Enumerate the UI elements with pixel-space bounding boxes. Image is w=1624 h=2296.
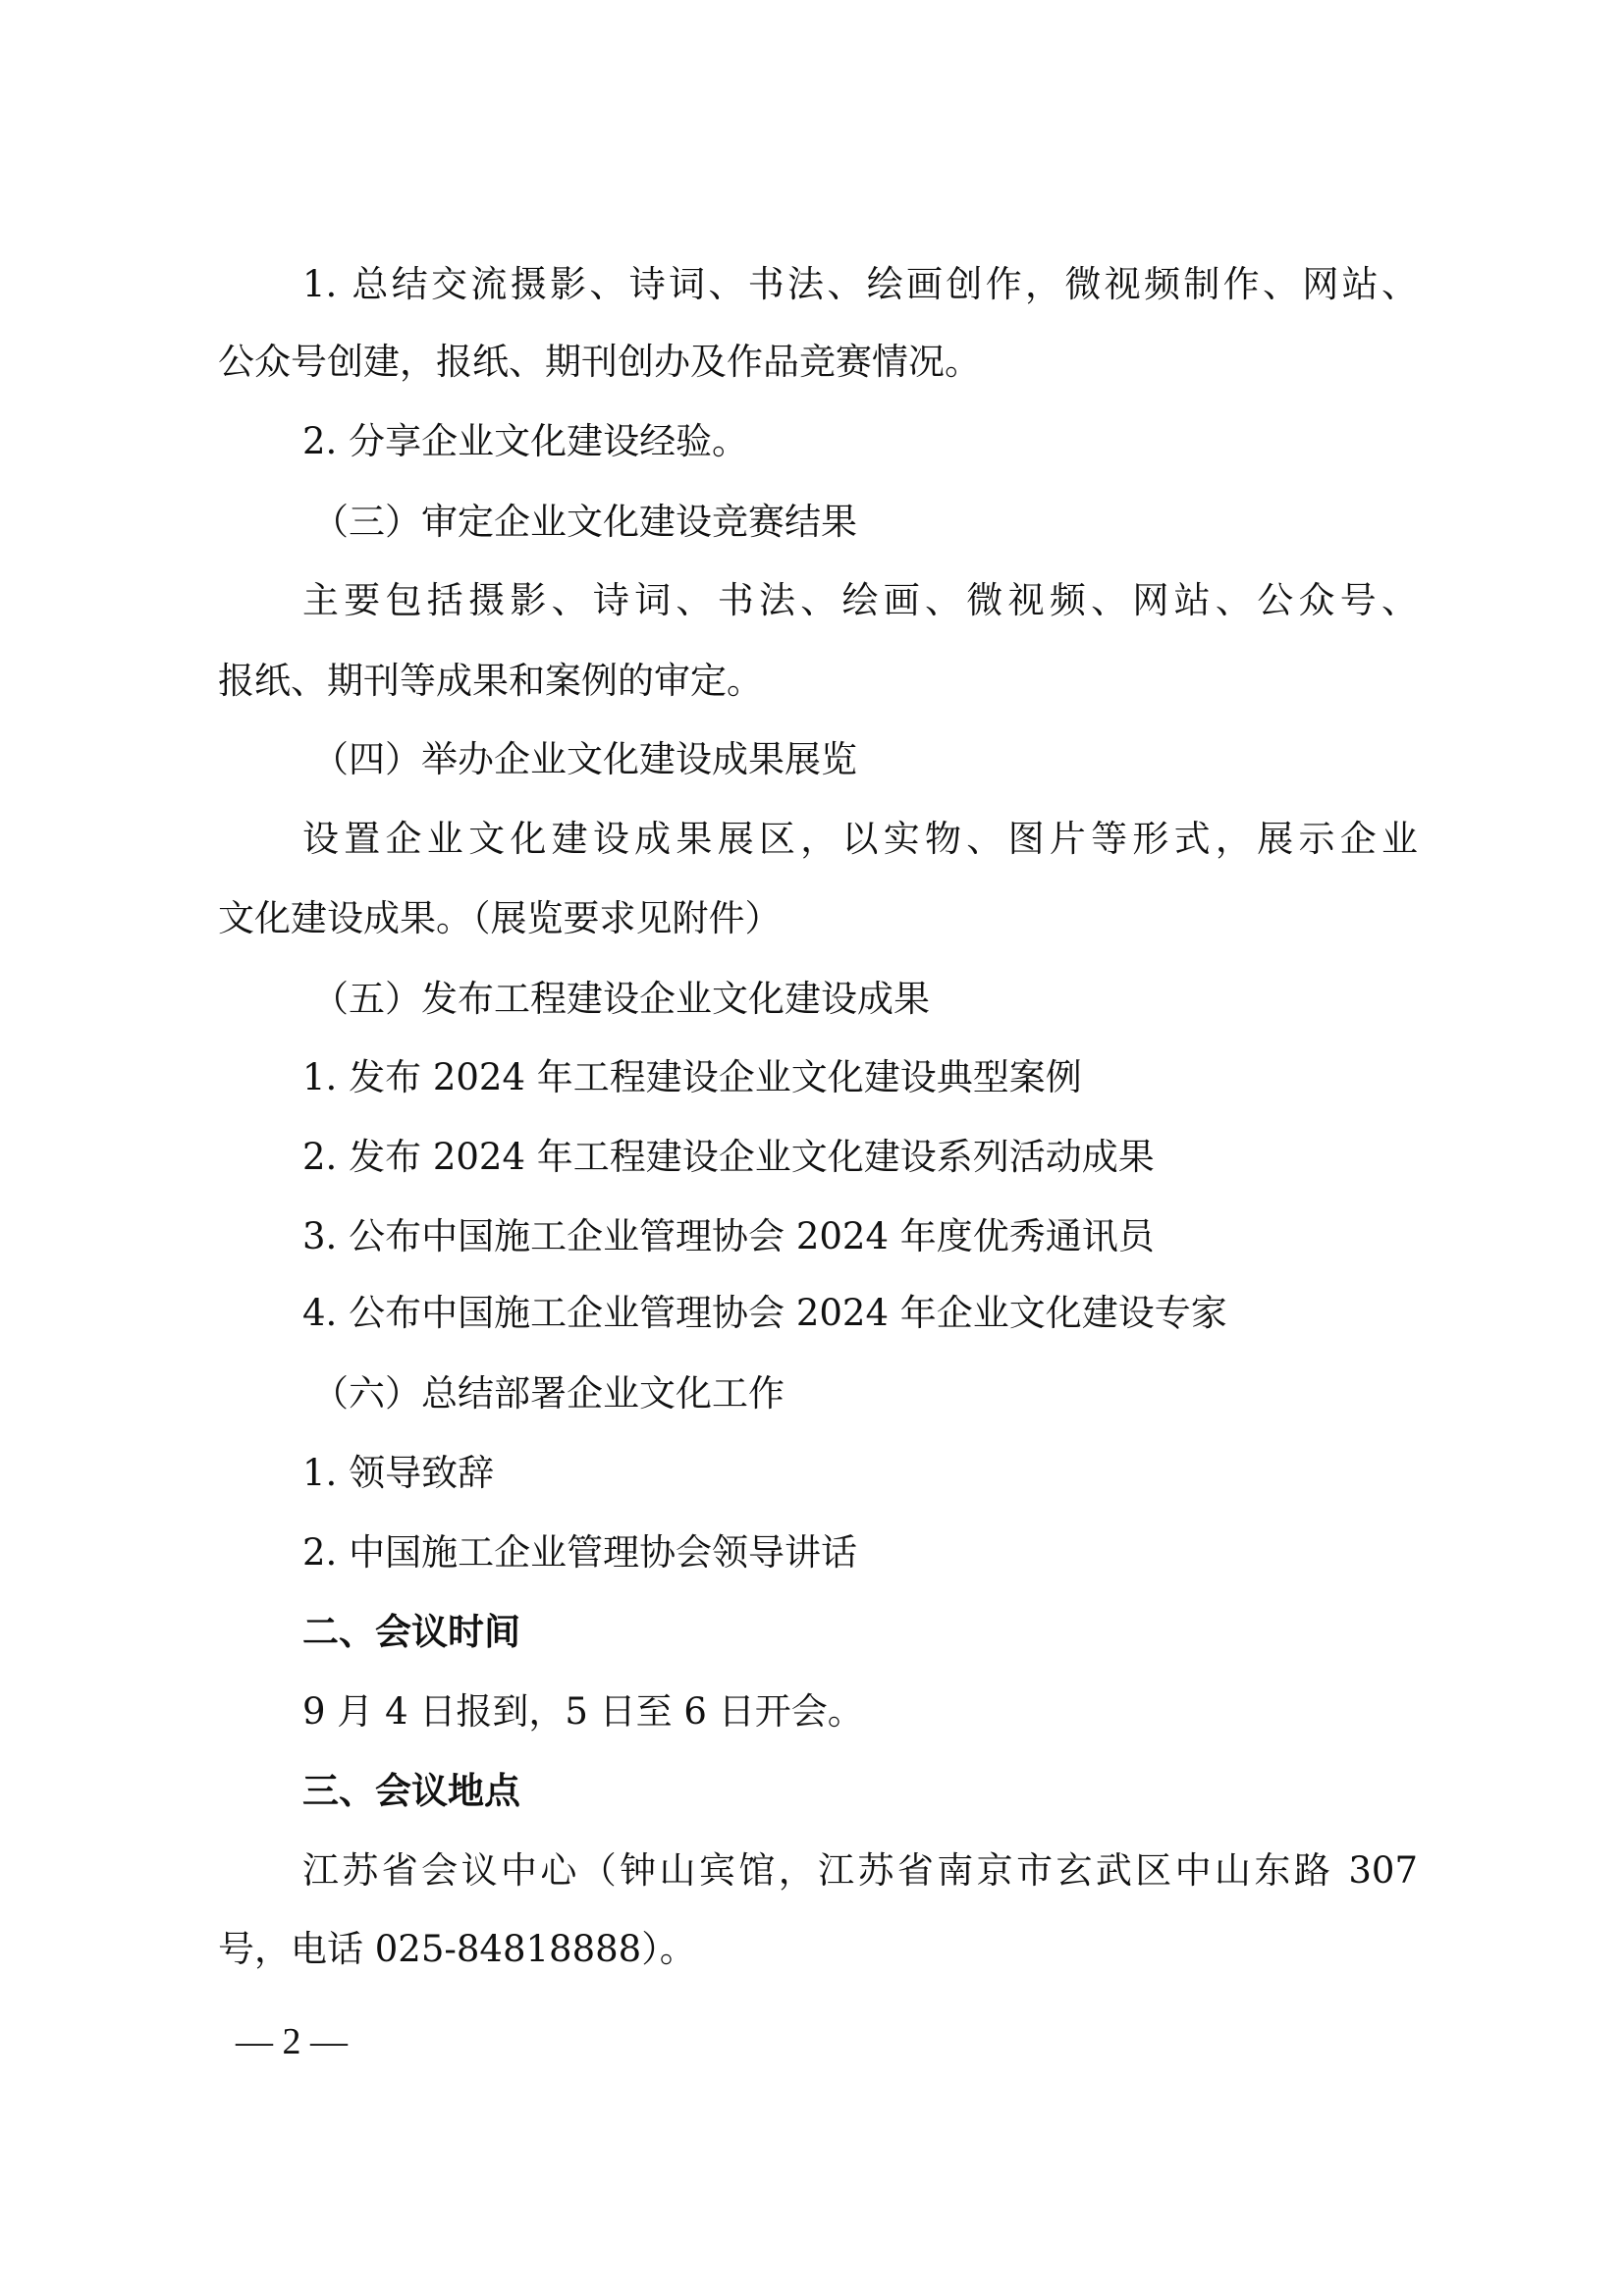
subheading-publish-results: （五）发布工程建设企业文化建设成果 [312,975,930,1024]
list-item-typical-cases: 1. 发布 2024 年工程建设企业文化建设典型案例 [302,1053,1082,1102]
list-item-activity-results: 2. 发布 2024 年工程建设企业文化建设系列活动成果 [302,1133,1155,1182]
paragraph-meeting-venue: 江苏省会议中心（钟山宾馆，江苏省南京市玄武区中山东路 307 [302,1846,1418,1896]
list-item-leader-address: 1. 领导致辞 [302,1449,494,1498]
section-heading-meeting-venue: 三、会议地点 [302,1767,520,1816]
list-item-association-speech: 2. 中国施工企业管理协会领导讲话 [302,1528,857,1577]
list-item-experts: 4. 公布中国施工企业管理协会 2024 年企业文化建设专家 [302,1289,1227,1338]
list-item-summary-exchange: 1. 总结交流摄影、诗词、书法、绘画创作，微视频制作、网站、 [302,260,1418,309]
subheading-exhibition: （四）举办企业文化建设成果展览 [312,735,857,784]
paragraph-continuation: 报纸、期刊等成果和案例的审定。 [218,657,763,706]
paragraph-continuation: 文化建设成果。（展览要求见附件） [218,894,782,943]
paragraph-continuation: 公众号创建，报纸、期刊创办及作品竞赛情况。 [218,338,981,387]
page-number: — 2 — [236,2017,348,2066]
paragraph-meeting-time: 9 月 4 日报到，5 日至 6 日开会。 [302,1687,864,1736]
paragraph-exhibition: 设置企业文化建设成果展区，以实物、图片等形式，展示企业 [302,815,1418,864]
subheading-summary-deploy: （六）总结部署企业文化工作 [312,1369,785,1418]
section-heading-meeting-time: 二、会议时间 [302,1608,520,1657]
subheading-review-results: （三）审定企业文化建设竞赛结果 [312,498,857,547]
list-item-share-experience: 2. 分享企业文化建设经验。 [302,417,748,466]
paragraph-continuation: 号，电话 025-84818888）。 [218,1925,696,1974]
list-item-correspondents: 3. 公布中国施工企业管理协会 2024 年度优秀通讯员 [302,1212,1155,1261]
paragraph-review-scope: 主要包括摄影、诗词、书法、绘画、微视频、网站、公众号、 [302,576,1418,625]
